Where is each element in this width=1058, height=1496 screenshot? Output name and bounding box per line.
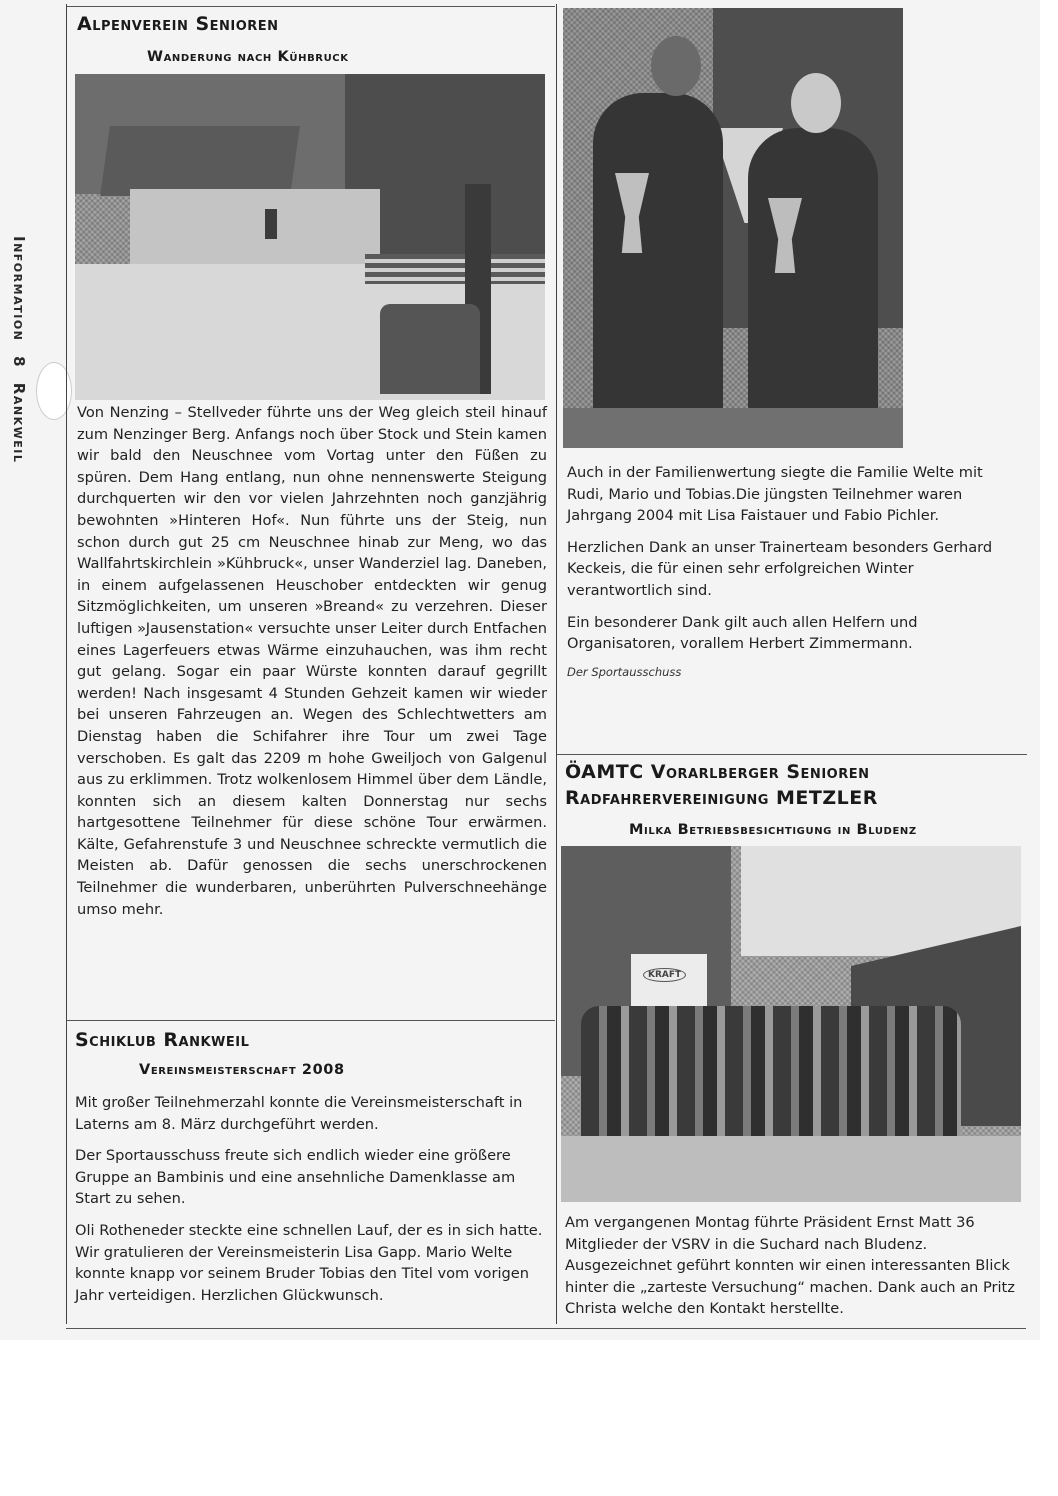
factory-visit-photo: KRAFT <box>561 846 1021 1202</box>
paragraph: Ein besonderer Dank gilt auch allen Helf… <box>567 612 1022 655</box>
article-body-schiklub-continued: Auch in der Familienwertung siegte die F… <box>567 462 1022 679</box>
skier-right <box>748 128 878 428</box>
skier-right-head <box>791 73 841 133</box>
paragraph: Am vergangenen Montag führte Präsident E… <box>565 1212 1020 1320</box>
article-body-schiklub: Mit großer Teilnehmerzahl konnte die Ver… <box>75 1092 545 1316</box>
paragraph: Mit großer Teilnehmerzahl konnte die Ver… <box>75 1092 545 1135</box>
article-subtitle-schiklub: Vereinsmeisterschaft 2008 <box>139 1062 345 1078</box>
chapel-photo <box>75 74 545 400</box>
pavement <box>561 1136 1021 1202</box>
page-number: 8 <box>10 356 28 368</box>
article-title-alpenverein: Alpenverein Senioren <box>77 12 279 36</box>
wooden-fence <box>365 254 545 284</box>
signature: Der Sportausschuss <box>567 665 1022 679</box>
bench <box>380 304 480 394</box>
divider <box>67 1020 555 1021</box>
paragraph: Herzlichen Dank an unser Trainerteam bes… <box>567 537 1022 602</box>
article-title-schiklub: Schiklub Rankweil <box>75 1028 249 1052</box>
skier-left <box>593 93 723 423</box>
skiers-trophies-photo <box>563 8 903 448</box>
group-of-people <box>581 1006 961 1136</box>
town-label: Rankweil <box>10 383 28 464</box>
left-column: Alpenverein Senioren Wanderung nach Kühb… <box>66 4 555 1324</box>
skier-left-head <box>651 36 701 96</box>
paragraph: Von Nenzing – Stellveder führte uns der … <box>77 402 547 920</box>
divider <box>67 6 555 7</box>
side-section-label: Information 8 Rankweil <box>4 236 32 496</box>
bottom-rule <box>66 1328 1026 1329</box>
paragraph: Oli Rotheneder steckte eine schnellen La… <box>75 1220 545 1306</box>
podium <box>563 408 903 448</box>
article-title-oeamtc-line1: ÖAMTC Vorarlberger Senioren <box>565 760 869 784</box>
paragraph: Auch in der Familienwertung siegte die F… <box>567 462 1022 527</box>
article-body-oeamtc: Am vergangenen Montag führte Präsident E… <box>565 1212 1020 1330</box>
chapel-roof <box>100 126 300 196</box>
article-subtitle-alpenverein: Wanderung nach Kühbruck <box>147 49 349 65</box>
article-subtitle-oeamtc: Milka Betriebsbesichtigung in Bludenz <box>629 822 917 838</box>
article-title-oeamtc-line2: Radfahrervereinigung METZLER <box>565 786 878 810</box>
paragraph: Der Sportausschuss freute sich endlich w… <box>75 1145 545 1210</box>
kraft-logo: KRAFT <box>643 968 686 982</box>
divider <box>557 754 1027 755</box>
section-label: Information <box>10 236 28 341</box>
right-column: Auch in der Familienwertung siegte die F… <box>556 4 1027 1324</box>
chapel-wall <box>130 189 380 264</box>
article-body-alpenverein: Von Nenzing – Stellveder führte uns der … <box>77 402 547 930</box>
chapel-window <box>265 209 277 239</box>
